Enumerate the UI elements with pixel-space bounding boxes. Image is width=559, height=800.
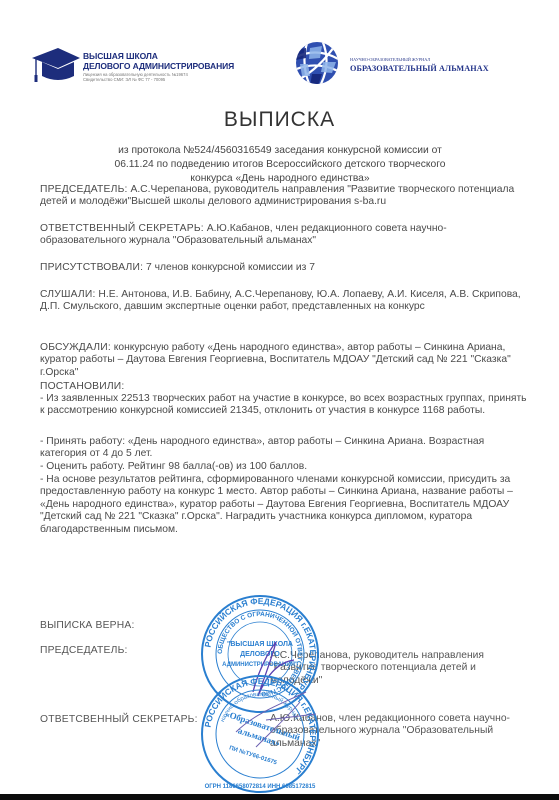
journal-logo: НАУЧНО-ОБРАЗОВАТЕЛЬНЫЙ ЖУРНАЛ ОБРАЗОВАТЕ…	[292, 38, 542, 88]
resolved-heading: ПОСТАНОВИЛИ:	[40, 381, 530, 393]
secretary-label: ОТВЕТСТВЕННЫЙ СЕКРЕТАРЬ:	[40, 223, 204, 234]
extract-verified-label: ВЫПИСКА ВЕРНА:	[40, 620, 135, 631]
globe-icon	[292, 38, 342, 88]
journal-stamp: РОССИЙСКАЯ ФЕДЕРАЦИЯ г.ЕКАТЕРИНБУРГ науч…	[196, 672, 324, 796]
certificate-text: Свидетельство СМИ: ЭЛ № ФС 77 - 70095	[83, 77, 188, 82]
resolved-item-3: - Оценить работу. Рейтинг 98 балла(-ов) …	[40, 461, 530, 473]
stamp1-center-3: АДМИНИСТРИРОВАНИЯ"	[222, 662, 298, 668]
stamp1-center-1: "ВЫСШАЯ ШКОЛА	[227, 641, 293, 648]
school-logo: ВЫСШАЯ ШКОЛА ДЕЛОВОГО АДМИНИСТРИРОВАНИЯ …	[30, 42, 280, 86]
document-title: ВЫПИСКА	[0, 108, 559, 132]
chairman-label: ПРЕДСЕДАТЕЛЬ:	[40, 184, 128, 195]
resolved-item-1: - Из заявленных 22513 творческих работ н…	[40, 393, 530, 418]
resolved-item-2: - Принять работу: «День народного единст…	[40, 436, 530, 461]
bottom-bar	[0, 794, 559, 800]
document-subtitle: из протокола №524/4560316549 заседания к…	[110, 144, 450, 186]
heard-paragraph: СЛУШАЛИ: Н.Е. Антонова, И.В. Бабину, А.С…	[40, 289, 530, 314]
journal-subtitle: НАУЧНО-ОБРАЗОВАТЕЛЬНЫЙ ЖУРНАЛ	[350, 57, 430, 62]
resolved-item-4: - На основе результатов рейтинга, сформи…	[40, 474, 530, 536]
discussed-paragraph: ОБСУЖДАЛИ: конкурсную работу «День народ…	[40, 342, 530, 379]
school-name-line2: ДЕЛОВОГО АДМИНИСТРИРОВАНИЯ	[83, 61, 234, 71]
present-text: 7 членов конкурсной комиссии из 7	[143, 262, 315, 273]
resolved-label: ПОСТАНОВИЛИ:	[40, 381, 124, 392]
signature-chairman-label: ПРЕДСЕДАТЕЛЬ:	[40, 645, 128, 656]
graduation-cap-icon	[30, 42, 80, 86]
present-label: ПРИСУТСТВОВАЛИ:	[40, 262, 143, 273]
stamp2-reg: ПИ №ТУ66-01675	[228, 744, 278, 766]
school-name: ВЫСШАЯ ШКОЛА ДЕЛОВОГО АДМИНИСТРИРОВАНИЯ	[83, 51, 234, 71]
discussed-text: конкурсную работу «День народного единст…	[40, 342, 511, 378]
signature-secretary-label: ОТВЕТСВЕННЫЙ СЕКРЕТАРЬ:	[40, 714, 198, 725]
document-page: ВЫСШАЯ ШКОЛА ДЕЛОВОГО АДМИНИСТРИРОВАНИЯ …	[0, 0, 559, 794]
discussed-label: ОБСУЖДАЛИ:	[40, 342, 111, 353]
journal-title: ОБРАЗОВАТЕЛЬНЫЙ АЛЬМАНАХ	[350, 64, 489, 73]
stamp2-ids: ОГРН 1186658072814 ИНН 6685172815	[205, 784, 316, 790]
stamp1-center-2: ДЕЛОВОГО	[240, 651, 280, 658]
heard-text: Н.Е. Антонова, И.В. Бабину, А.С.Черепано…	[40, 289, 521, 312]
school-license: Лицензия на образовательную деятельность…	[83, 72, 188, 82]
present-paragraph: ПРИСУТСТВОВАЛИ: 7 членов конкурсной коми…	[40, 262, 530, 274]
school-name-line1: ВЫСШАЯ ШКОЛА	[83, 51, 234, 61]
secretary-paragraph: ОТВЕТСТВЕННЫЙ СЕКРЕТАРЬ: А.Ю.Кабанов, чл…	[40, 223, 530, 248]
chairman-paragraph: ПРЕДСЕДАТЕЛЬ: А.С.Черепанова, руководите…	[40, 184, 530, 209]
heard-label: СЛУШАЛИ:	[40, 289, 96, 300]
